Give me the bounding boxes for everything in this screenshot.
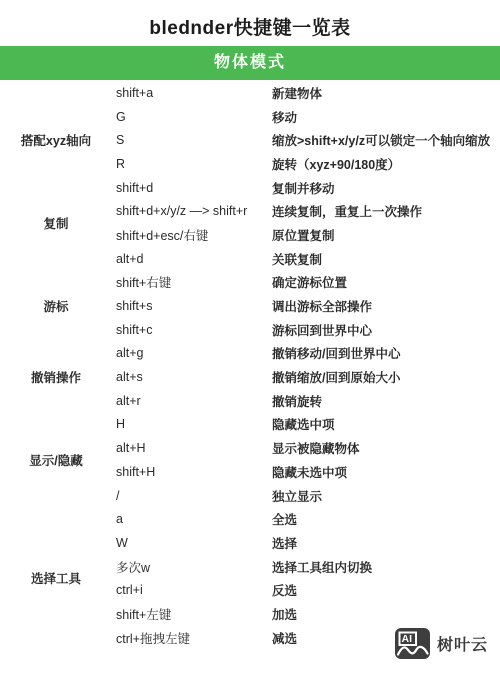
watermark-brand: 树叶云 (437, 632, 488, 655)
table-row: alt+r撤销旋转 (112, 389, 500, 413)
shortcut-description: 反选 (268, 581, 500, 599)
shortcut-description: 原位置复制 (268, 226, 500, 244)
group-rows: G移动S缩放>shift+x/y/z可以锁定一个轴向缩放R旋转（xyz+90/1… (112, 105, 500, 176)
table-row: /独立显示 (112, 484, 500, 508)
table-row: W选择 (112, 531, 500, 555)
shortcut-description: 撤销缩放/回到原始大小 (268, 368, 500, 386)
shortcut-description: 复制并移动 (268, 179, 500, 197)
ai-icon-label: AI (402, 633, 413, 645)
shortcut-description: 独立显示 (268, 487, 500, 505)
shortcut-description: 移动 (268, 108, 500, 126)
shortcut-key: G (112, 110, 268, 124)
shortcut-key: / (112, 489, 268, 503)
shortcut-key: alt+s (112, 370, 268, 384)
page-title: blednder快捷键一览表 (0, 13, 500, 40)
shortcut-group: 复制shift+d复制并移动shift+d+x/y/z —> shift+r连续… (0, 176, 500, 271)
shortcut-key: R (112, 157, 268, 171)
ai-image-icon: AI (395, 628, 430, 659)
shortcut-group: 显示/隐藏H隐藏选中项alt+H显示被隐藏物体shift+H隐藏未选中项/独立显… (0, 413, 500, 508)
shortcut-key: H (112, 417, 268, 431)
shortcut-description: 游标回到世界中心 (268, 321, 500, 339)
shortcut-description: 选择 (268, 534, 500, 552)
table-row: shift+s调出游标全部操作 (112, 294, 500, 318)
shortcut-key: shift+d+esc/右键 (112, 226, 268, 244)
shortcut-group: 搭配xyz轴向G移动S缩放>shift+x/y/z可以锁定一个轴向缩放R旋转（x… (0, 105, 500, 176)
group-rows: shift+右键确定游标位置shift+s调出游标全部操作shift+c游标回到… (112, 271, 500, 342)
table-row: 多次w选择工具组内切换 (112, 555, 500, 579)
shortcut-key: alt+d (112, 252, 268, 266)
shortcut-key: shift+d (112, 181, 268, 195)
category-label: 复制 (0, 176, 112, 271)
group-rows: H隐藏选中项alt+H显示被隐藏物体shift+H隐藏未选中项/独立显示 (112, 413, 500, 508)
shortcut-description: 缩放>shift+x/y/z可以锁定一个轴向缩放 (268, 131, 500, 149)
category-label: 搭配xyz轴向 (0, 105, 112, 176)
table-row: shift+a新建物体 (112, 81, 500, 105)
shortcut-group: 游标shift+右键确定游标位置shift+s调出游标全部操作shift+c游标… (0, 271, 500, 342)
shortcut-key: a (112, 512, 268, 526)
shortcut-key: S (112, 133, 268, 147)
shortcut-description: 隐藏选中项 (268, 415, 500, 433)
shortcut-description: 撤销移动/回到世界中心 (268, 344, 500, 362)
shortcut-description: 确定游标位置 (268, 273, 500, 291)
shortcut-group: 撤销操作alt+g撤销移动/回到世界中心alt+s撤销缩放/回到原始大小alt+… (0, 342, 500, 413)
shortcut-key: alt+H (112, 441, 268, 455)
category-label: 显示/隐藏 (0, 413, 112, 508)
shortcut-key: shift+d+x/y/z —> shift+r (112, 204, 268, 218)
table-row: alt+s撤销缩放/回到原始大小 (112, 365, 500, 389)
shortcut-key: shift+a (112, 86, 268, 100)
shortcut-description: 加选 (268, 605, 500, 623)
table-row: shift+d+esc/右键原位置复制 (112, 223, 500, 247)
shortcut-key: shift+s (112, 299, 268, 313)
table-row: ctrl+i反选 (112, 578, 500, 602)
shortcut-description: 显示被隐藏物体 (268, 439, 500, 457)
shortcut-key: shift+左键 (112, 605, 268, 623)
shortcut-key: alt+r (112, 394, 268, 408)
shortcut-key: 多次w (112, 558, 268, 576)
shortcut-description: 撤销旋转 (268, 392, 500, 410)
shortcut-key: ctrl+i (112, 583, 268, 597)
category-label: 撤销操作 (0, 342, 112, 413)
shortcut-key: W (112, 536, 268, 550)
table-row: alt+H显示被隐藏物体 (112, 436, 500, 460)
table-row: shift+d复制并移动 (112, 176, 500, 200)
table-row: shift+H隐藏未选中项 (112, 460, 500, 484)
shortcut-key: alt+g (112, 346, 268, 360)
category-label: 选择工具 (0, 507, 112, 649)
shortcut-key: shift+右键 (112, 273, 268, 291)
category-label: 游标 (0, 271, 112, 342)
shortcut-description: 关联复制 (268, 250, 500, 268)
watermark: AI 树叶云 (395, 628, 488, 659)
shortcut-description: 旋转（xyz+90/180度） (268, 155, 500, 173)
shortcut-description: 选择工具组内切换 (268, 558, 500, 576)
shortcut-key: shift+H (112, 465, 268, 479)
table-row: a全选 (112, 507, 500, 531)
group-rows: alt+g撤销移动/回到世界中心alt+s撤销缩放/回到原始大小alt+r撤销旋… (112, 342, 500, 413)
table-row: shift+d+x/y/z —> shift+r连续复制，重复上一次操作 (112, 199, 500, 223)
table-row: shift+c游标回到世界中心 (112, 318, 500, 342)
shortcut-description: 新建物体 (268, 84, 500, 102)
shortcut-description: 隐藏未选中项 (268, 463, 500, 481)
table-row: G移动 (112, 105, 500, 129)
table-row: H隐藏选中项 (112, 413, 500, 437)
shortcut-description: 连续复制，重复上一次操作 (268, 202, 500, 220)
shortcut-key: ctrl+拖拽左键 (112, 629, 268, 647)
shortcut-table: shift+a新建物体搭配xyz轴向G移动S缩放>shift+x/y/z可以锁定… (0, 81, 500, 650)
group-rows: shift+d复制并移动shift+d+x/y/z —> shift+r连续复制… (112, 176, 500, 271)
table-row: alt+d关联复制 (112, 247, 500, 271)
table-row: shift+右键确定游标位置 (112, 271, 500, 295)
group-rows: shift+a新建物体 (112, 81, 500, 105)
shortcut-description: 全选 (268, 510, 500, 528)
table-row: alt+g撤销移动/回到世界中心 (112, 342, 500, 366)
category-label (0, 81, 112, 105)
table-row: shift+左键加选 (112, 602, 500, 626)
table-row: S缩放>shift+x/y/z可以锁定一个轴向缩放 (112, 128, 500, 152)
shortcut-description: 调出游标全部操作 (268, 297, 500, 315)
shortcut-group: shift+a新建物体 (0, 81, 500, 105)
table-row: R旋转（xyz+90/180度） (112, 152, 500, 176)
shortcut-key: shift+c (112, 323, 268, 337)
section-header-object-mode: 物体模式 (0, 46, 500, 80)
